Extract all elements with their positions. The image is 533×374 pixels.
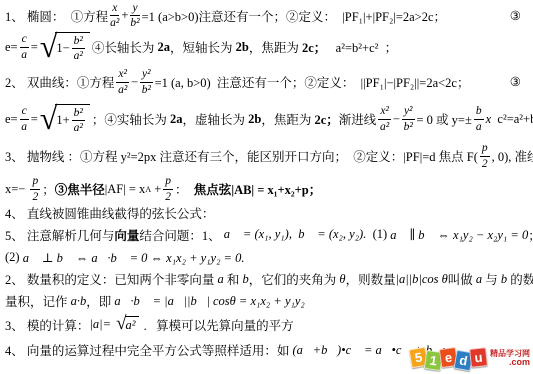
circled-three: ③ — [510, 74, 521, 90]
numerator: b² — [72, 35, 85, 49]
focal-radius-formula: |AF| = x — [105, 182, 146, 197]
axes-text: ④长轴长为 — [92, 38, 158, 56]
that-is-text: ，即 — [86, 292, 114, 310]
magnitude-tip: . 算模可以先算向量的平方 — [141, 316, 294, 334]
plus-operator: + — [121, 8, 128, 23]
numerator: p — [480, 142, 490, 156]
fraction-b2-over-a2: b²a² — [72, 107, 85, 134]
angle-text: ，它们的夹角为 — [249, 270, 340, 288]
chord-length-heading: 4、 直线被圆锥曲线截得的弦长公式： — [5, 204, 214, 222]
radicand-text: 1− — [56, 41, 69, 56]
ellipse-line-2: e= ca = √1−b²a² ④长轴长为 2a ，短轴长为 2b ，焦距为 2… — [5, 30, 531, 64]
trailing-text: 的数 — [507, 270, 533, 288]
axes-text: ；④实轴长为 — [92, 110, 170, 128]
hyperbola-heading: 2、 双曲线：①方程 — [5, 73, 114, 91]
vector-heading: 5、 注意解析几何与 — [5, 226, 114, 244]
square-root: √1+b²a² — [40, 104, 90, 134]
parabola-line-1: 3、 抛物线 ：①方程 y²=2px 注意还有三个，能区别开口方向； ②定义：|… — [5, 138, 531, 174]
major-axis-value: 2a — [158, 40, 171, 55]
radicand-text: a² — [126, 318, 136, 333]
magnitude-heading: 3、 模的计算： — [5, 316, 89, 334]
colon: ： — [175, 180, 194, 198]
denominator: b² — [402, 120, 415, 133]
perpendicular-condition: a⃗ ⊥ b⃗ ⇔ a⃗·b⃗ = 0 ⇔ x₁x₂ + y₁y₂ = 0. — [23, 250, 245, 266]
ellipse-line-1: 1、 椭圆： ①方程 xa² + yb² =1 (a>b>0)注意还有一个；②定… — [5, 1, 531, 30]
math-notes-document: 1、 椭圆： ①方程 xa² + yb² =1 (a>b>0)注意还有一个；②定… — [0, 0, 533, 374]
asymptote-equation-text: = 0 或 y=± — [417, 110, 472, 128]
denominator: b² — [140, 83, 153, 96]
fraction-b-over-a: ba — [474, 105, 484, 132]
chord-length-line: 4、 直线被圆锥曲线截得的弦长公式： — [5, 204, 531, 222]
with-text: 与 — [482, 270, 501, 288]
fraction-c-over-a: ca — [20, 33, 29, 60]
fraction-c-over-a: ca — [20, 105, 29, 132]
axes-text: ，焦距为 — [249, 38, 302, 56]
hyperbola-relation: c²=a²+b² — [491, 112, 533, 127]
logo-domain: .com — [509, 358, 530, 367]
imaginary-axis-value: 2b — [248, 112, 261, 127]
numerator: x² — [116, 68, 129, 82]
fraction-y-over-b2: yb² — [130, 2, 139, 29]
magnitude-product: |a||b|cos θ — [396, 272, 448, 287]
fraction-x2-over-a2: x²a² — [378, 105, 391, 132]
focal-chord-formula: |AB| = x₁+x₂+p； — [231, 180, 321, 198]
minor-axis-value: 2b — [236, 40, 249, 55]
denominator: 2 — [30, 190, 40, 203]
axes-text: ，短轴长为 — [170, 38, 236, 56]
a-dot-b-notation: a·b — [71, 294, 87, 309]
magnitude-line: 3、 模的计算： |a|= √a² . 算模可以先算向量的平方 — [5, 312, 531, 337]
separator: ； — [528, 226, 533, 244]
item-label: (1) — [366, 227, 390, 242]
magnitude-equals: |a|= — [89, 317, 114, 332]
axes-text: ，虚轴长为 — [183, 110, 249, 128]
vector-line-2: (2) a⃗ ⊥ b⃗ ⇔ a⃗·b⃗ = 0 ⇔ x₁x₂ + y₁y₂ = … — [5, 247, 531, 268]
square-root: √a² — [116, 316, 138, 333]
hyperbola-line-2: e= ca = √1+b²a² ；④实轴长为 2a ，虚轴长为 2b ，焦距为 … — [5, 100, 531, 138]
item-label: (2) — [5, 250, 23, 265]
denominator: a² — [378, 120, 391, 133]
ellipse-relation: a²=b²+c² ； — [326, 38, 397, 56]
dot-product-heading: 2、 数量积的定义：已知两个非零向量 — [5, 270, 218, 288]
numerator: p — [30, 175, 40, 189]
minus-operator: − — [393, 112, 400, 127]
focal-distance-value: 2c； — [314, 110, 338, 128]
parabola-focus-text: , 0), 准线 — [492, 147, 533, 165]
asymptote-label: 渐进线 — [339, 110, 377, 128]
called-text: 叫做 — [448, 270, 476, 288]
focal-chord-label: 焦点弦 — [194, 180, 232, 198]
minus-operator: − — [131, 75, 138, 90]
vector-line-1: 5、 注意解析几何与 向量 结合问题：1、 a⃗ = (x₁, y₁), b⃗ … — [5, 222, 531, 247]
numerator: p — [163, 175, 173, 189]
vector-keyword: 向量 — [114, 226, 139, 244]
square-root: √1−b²a² — [40, 32, 90, 62]
fraction-p-over-2: p2 — [30, 175, 40, 202]
parabola-line-2: x=− p2 ； ③焦半径 |AF| = xA + p2 ： 焦点弦 |AB| … — [5, 174, 531, 204]
denominator: a — [474, 120, 484, 133]
radicand: 1−b²a² — [55, 32, 90, 62]
vector-heading-rest: 结合问题：1、 — [139, 226, 223, 244]
separator: ； — [42, 180, 55, 198]
focal-distance-value: 2c； — [302, 38, 326, 56]
fraction-y2-over-b2: y²b² — [140, 68, 153, 95]
denominator: a² — [116, 83, 129, 96]
numerator: x² — [378, 105, 391, 119]
focal-radius-label: ③焦半径 — [55, 180, 105, 198]
ellipse-heading: 1、 椭圆： ①方程 — [5, 7, 108, 25]
vector-definitions: a⃗ = (x₁, y₁), b⃗ = (x₂, y₂). — [224, 227, 367, 242]
51edu-logo: 5 1 e d u 精品学习网 .com — [412, 348, 530, 370]
equals-sign: = — [31, 112, 38, 127]
real-axis-value: 2a — [170, 112, 183, 127]
logo-text: 精品学习网 .com — [490, 350, 530, 368]
denominator: a² — [110, 16, 119, 29]
denominator: b² — [130, 16, 139, 29]
denominator: a — [20, 120, 29, 133]
numerator: x — [110, 2, 119, 16]
plus-sign: + — [151, 182, 161, 197]
dot-product-line-2: 量积，记作 a·b ，即 a⃗·b⃗ = |a⃗||b⃗| cosθ = x₁x… — [5, 290, 531, 312]
hyperbola-definition-text: =1 (a, b>0) 注意还有一个；②定义： ||PF₁|−|PF₂||=2a… — [155, 73, 470, 91]
denominator: a² — [72, 49, 85, 62]
numerator: c — [20, 33, 29, 47]
denominator: 2 — [480, 157, 490, 170]
fraction-b2-over-a2: b²a² — [72, 35, 85, 62]
numerator: y² — [402, 105, 415, 119]
numerator: c — [20, 105, 29, 119]
and-text: 和 — [224, 270, 243, 288]
fraction-p-over-2: p2 — [163, 175, 173, 202]
numerator: b² — [72, 107, 85, 121]
radicand-text: 1+ — [56, 113, 69, 128]
distributive-heading: 4、 向量的运算过程中完全平方公式等照样适用：如 — [5, 341, 293, 359]
parallel-condition: a⃗ ∥ b⃗ ⇔ x₁y₂ − x₂y₁ = 0 — [390, 227, 528, 243]
numerator: y² — [140, 68, 153, 82]
ellipse-definition-text: =1 (a>b>0)注意还有一个；②定义： |PF₁|+|PF₂|=2a>2c； — [142, 7, 446, 25]
circled-three: ③ — [510, 8, 521, 24]
numerator: b — [474, 105, 484, 119]
axes-text: ，焦距为 — [261, 110, 314, 128]
dot-product-line-1: 2、 数量积的定义：已知两个非零向量 a 和 b ，它们的夹角为 θ ，则数量 … — [5, 268, 531, 290]
dot-product-continuation: 量积，记作 — [5, 292, 71, 310]
fraction-p-over-2: p2 — [480, 142, 490, 169]
dot-product-formula: a⃗·b⃗ = |a⃗||b⃗| cosθ = x₁x₂ + y₁y₂ — [114, 294, 304, 309]
denominator: a² — [72, 121, 85, 134]
radicand: 1+b²a² — [55, 104, 90, 134]
fraction-x-over-a2: xa² — [110, 2, 119, 29]
fraction-y2-over-b2: y²b² — [402, 105, 415, 132]
denominator: 2 — [163, 190, 173, 203]
then-text: ，则数量 — [346, 270, 396, 288]
fraction-x2-over-a2: x²a² — [116, 68, 129, 95]
denominator: a — [20, 48, 29, 61]
radicand: a² — [125, 316, 139, 333]
hyperbola-line-1: 2、 双曲线：①方程 x²a² − y²b² =1 (a, b>0) 注意还有一… — [5, 64, 531, 100]
eccentricity-label: e= — [5, 112, 18, 127]
parabola-heading: 3、 抛物线 ：①方程 y²=2px 注意还有三个，能区别开口方向； ②定义：|… — [5, 147, 478, 165]
equals-sign: = — [31, 40, 38, 55]
numerator: y — [130, 2, 139, 16]
eccentricity-label: e= — [5, 40, 18, 55]
directrix-equation: x=− — [5, 182, 28, 197]
logo-block-u: u — [469, 347, 488, 368]
